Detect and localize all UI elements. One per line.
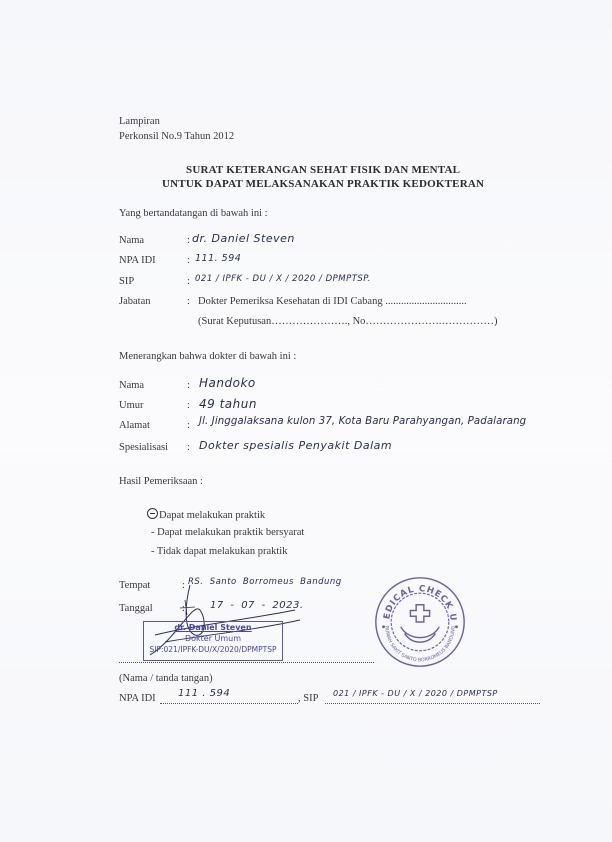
colon: : (187, 381, 190, 392)
signer-name-value: dr. Daniel Steven (192, 233, 295, 244)
patient-name-value: Handoko (199, 377, 256, 389)
sip-value: 021 / IPFK - DU / X / 2020 / DPMPTSP (333, 690, 498, 698)
colon: : (187, 401, 190, 412)
colon: : (187, 277, 190, 288)
signer-position-value: Dokter Pemeriksa Kesehatan di IDI Cabang… (198, 297, 467, 308)
signer-npa-label: NPA IDI (119, 256, 156, 267)
signer-name-label: Nama (119, 236, 144, 247)
signature-dotted-line (119, 662, 374, 663)
svg-text:MEDICAL CHECK UP: MEDICAL CHECK UP (372, 574, 458, 622)
medical-check-up-seal-icon: MEDICAL CHECK UP RUMAH SAKIT SANTO BORRO… (372, 574, 468, 670)
colon: : (187, 256, 190, 267)
selected-circle-mark (147, 508, 158, 519)
colon: : (187, 297, 190, 308)
document-title-line1: SURAT KETERANGAN SEHAT FISIK DAN MENTAL (186, 165, 460, 176)
patient-age-label: Umur (119, 401, 144, 412)
npa-dotted-line (160, 703, 298, 704)
patient-intro: Menerangkan bahwa dokter di bawah ini : (119, 352, 296, 363)
doctor-stamp: dr. Daniel Steven Dokter Umum SIP:021/IP… (143, 621, 283, 661)
sip-label: , SIP (298, 694, 318, 705)
colon: : (187, 236, 190, 247)
patient-specialization-label: Spesialisasi (119, 443, 168, 454)
patient-age-value: 49 tahun (199, 398, 257, 410)
patient-specialization-value: Dokter spesialis Penyakit Dalam (199, 440, 392, 451)
result-option-conditional: - Dapat melakukan praktik bersyarat (151, 528, 304, 539)
colon: : (187, 443, 190, 454)
signer-position-label: Jabatan (119, 297, 151, 308)
document-page: Lampiran Perkonsil No.9 Tahun 2012 SURAT… (0, 0, 612, 842)
stamp-role: Dokter Umum (144, 633, 282, 644)
signer-intro: Yang bertandatangan di bawah ini : (119, 209, 268, 220)
regulation-label: Perkonsil No.9 Tahun 2012 (119, 132, 234, 143)
document-title-line2: UNTUK DAPAT MELAKSANAKAN PRAKTIK KEDOKTE… (162, 179, 484, 190)
colon: : (187, 421, 190, 432)
patient-address-label: Alamat (119, 421, 150, 432)
signer-sip-value: 021 / IPFK - DU / X / 2020 / DPMPTSP. (195, 275, 371, 284)
attachment-label: Lampiran (119, 117, 160, 128)
decree-line: (Surat Keputusan…………………., No………………….…………… (198, 317, 498, 328)
name-signature-caption: (Nama / tanda tangan) (119, 674, 213, 685)
stamp-name: dr. Daniel Steven (144, 622, 282, 633)
signer-sip-label: SIP (119, 277, 134, 288)
result-option-label: Dapat melakukan praktik (159, 510, 265, 521)
stamp-sip: SIP:021/IPFK-DU/X/2020/DPMPTSP (144, 644, 282, 655)
result-option-practice: Dapat melakukan praktik (147, 508, 265, 522)
patient-address-value: Jl. Jinggalaksana kulon 37, Kota Baru Pa… (199, 417, 526, 427)
npa-idi-value: 111 . 594 (178, 689, 230, 699)
result-heading: Hasil Pemeriksaan : (119, 477, 203, 488)
sip-dotted-line (325, 703, 540, 704)
patient-name-label: Nama (119, 381, 144, 392)
signer-npa-value: 111. 594 (195, 254, 241, 264)
npa-idi-label: NPA IDI (119, 694, 156, 705)
result-option-not-allowed: - Tidak dapat melakukan praktik (151, 547, 287, 558)
